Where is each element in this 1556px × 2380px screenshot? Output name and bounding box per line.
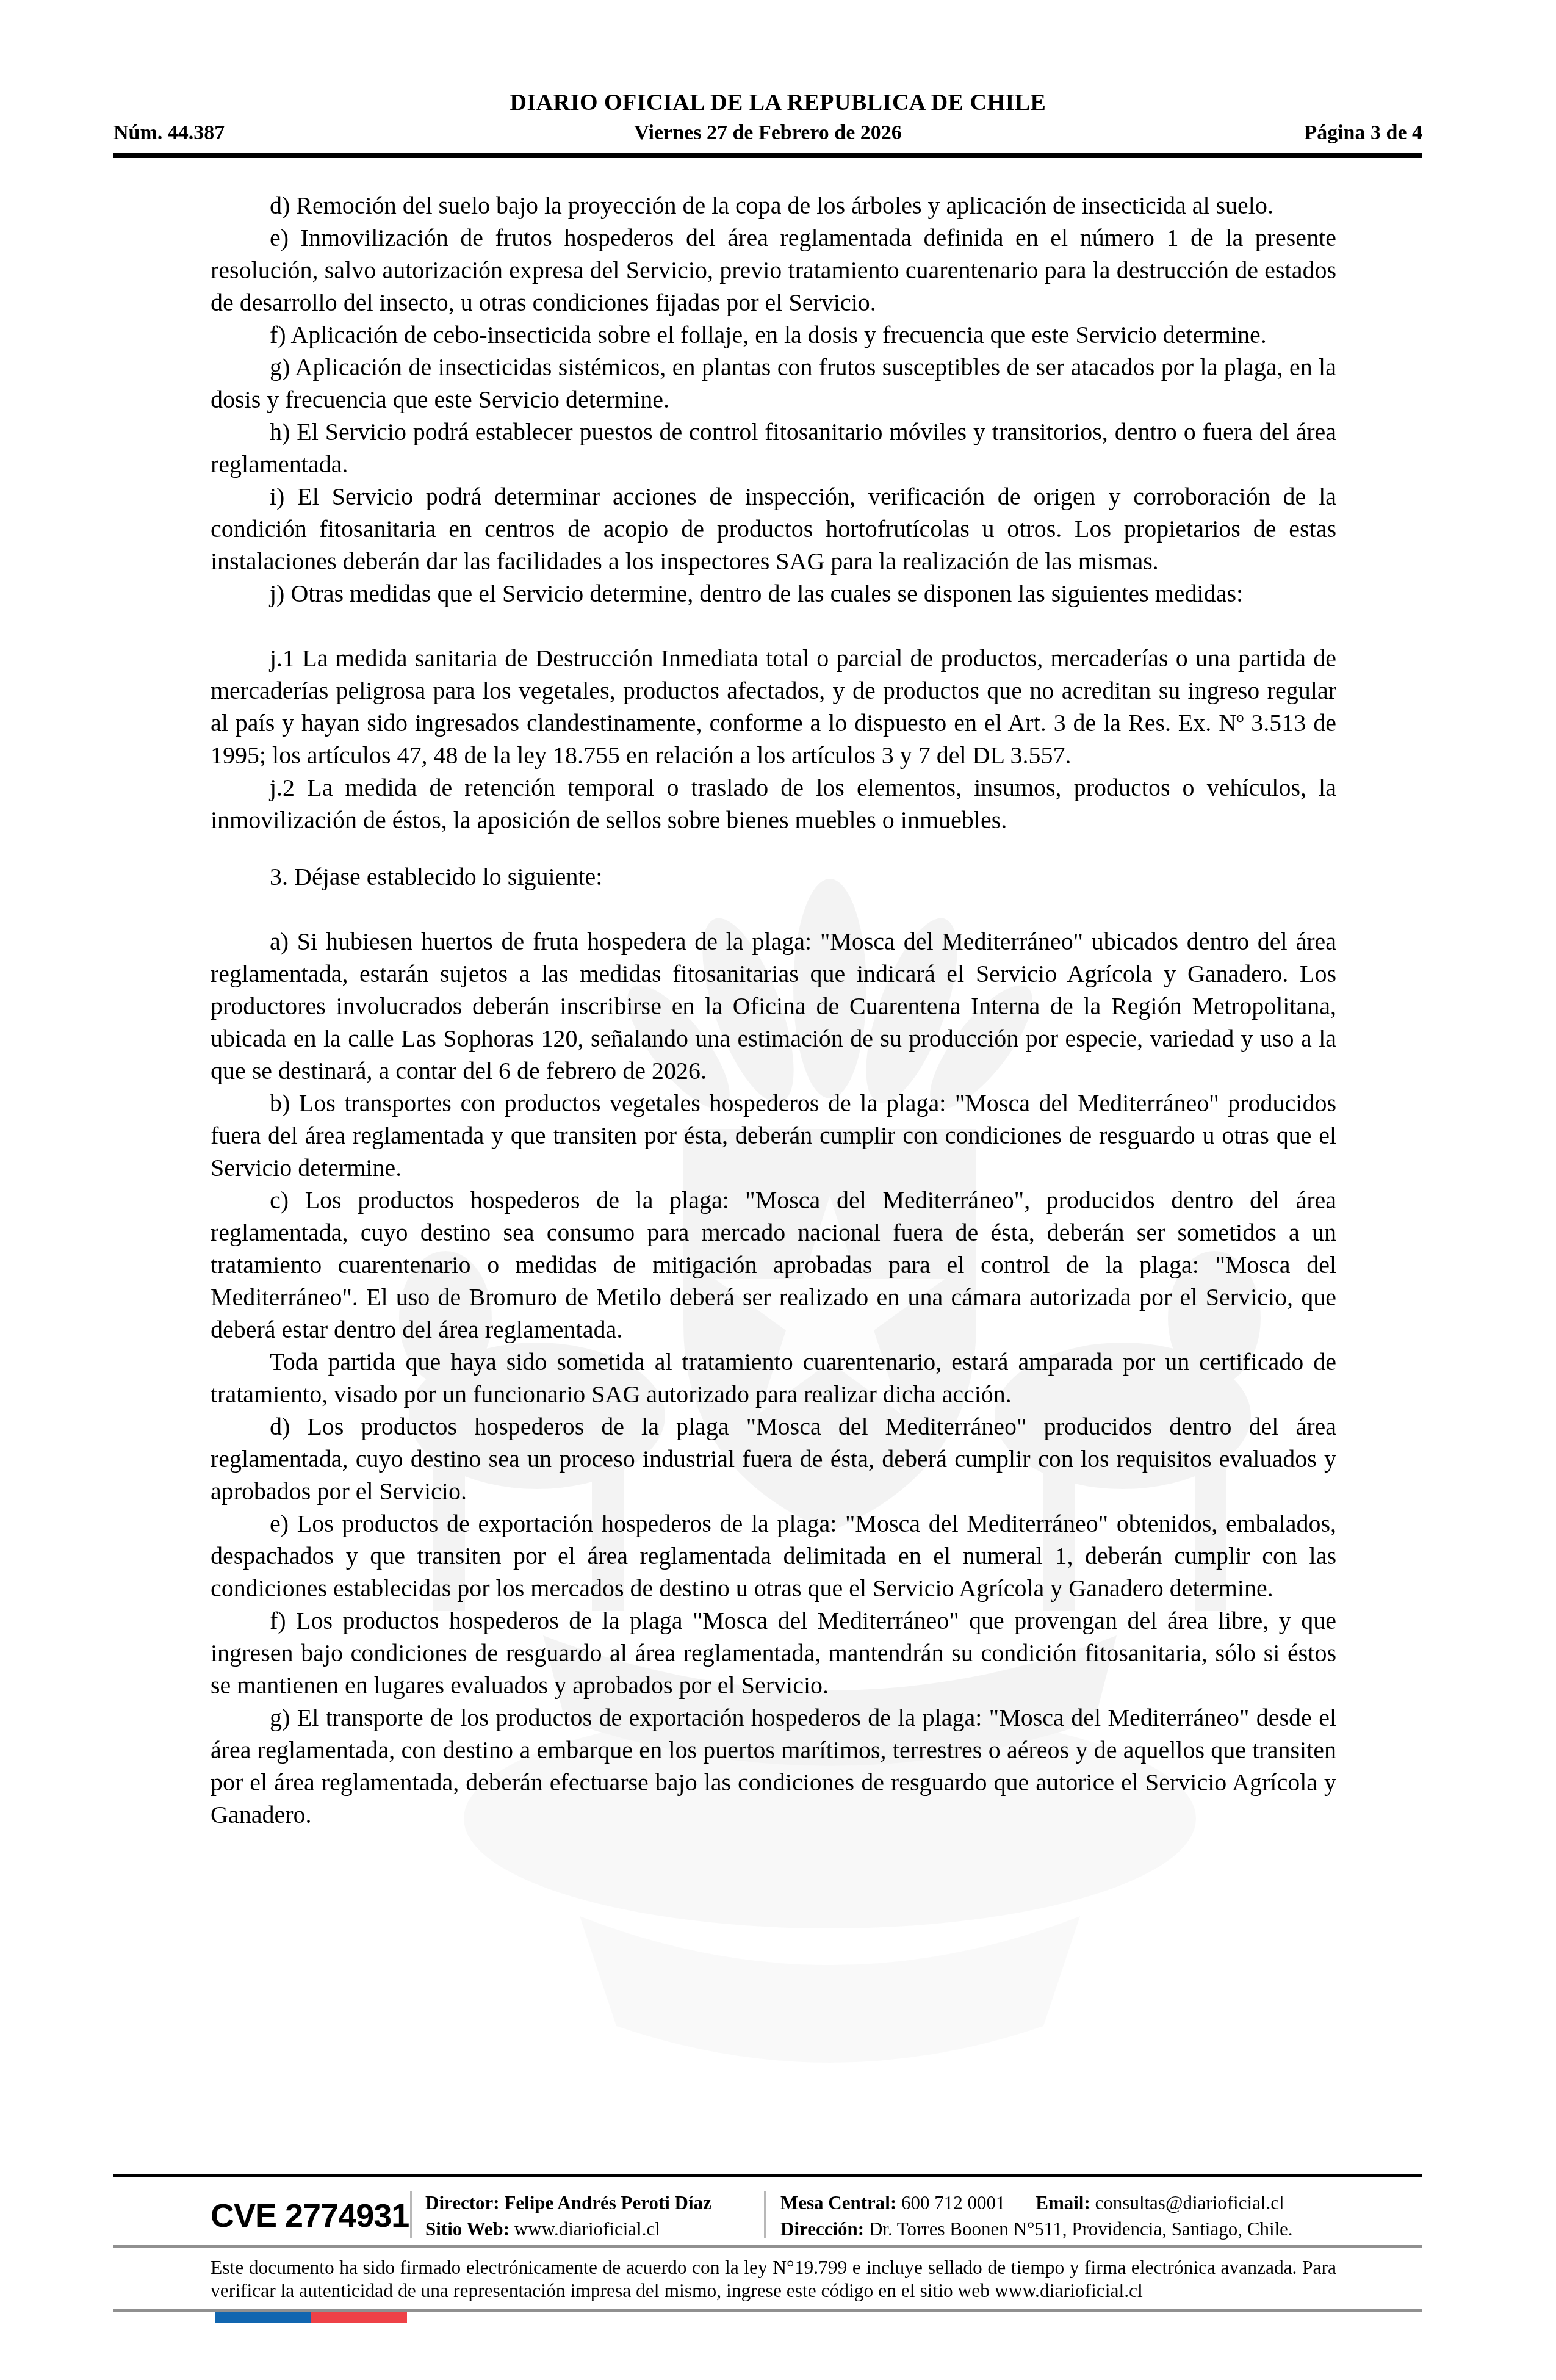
- flag-blue: [215, 2312, 311, 2323]
- address-label: Dirección:: [780, 2218, 864, 2240]
- website-url: www.diarioficial.cl: [514, 2218, 660, 2240]
- paragraph: d) Remoción del suelo bajo la proyección…: [211, 189, 1336, 222]
- edition-date: Viernes 27 de Febrero de 2026: [113, 121, 1422, 145]
- newspaper-title: DIARIO OFICIAL DE LA REPUBLICA DE CHILE: [0, 89, 1556, 116]
- footer-contact-column: Mesa Central: 600 712 0001 Email: consul…: [780, 2190, 1293, 2242]
- paragraph: 3. Déjase establecido lo siguiente:: [211, 860, 1336, 893]
- paragraph: g) El transporte de los productos de exp…: [211, 1701, 1336, 1831]
- email-label: Email:: [1036, 2192, 1090, 2213]
- address-value: Dr. Torres Boonen N°511, Providencia, Sa…: [869, 2218, 1293, 2240]
- paragraph: Toda partida que haya sido sometida al t…: [211, 1346, 1336, 1410]
- paragraph: j.2 La medida de retención temporal o tr…: [211, 771, 1336, 836]
- footer-divider-middle: [113, 2245, 1422, 2248]
- page-indicator: Página 3 de 4: [1304, 121, 1422, 145]
- paragraph: j.1 La medida sanitaria de Destrucción I…: [211, 642, 1336, 771]
- header-divider: [113, 153, 1422, 158]
- footer-director-column: Director: Felipe Andrés Peroti Díaz Siti…: [425, 2190, 711, 2242]
- director-label: Director:: [425, 2192, 500, 2213]
- paragraph: a) Si hubiesen huertos de fruta hospeder…: [211, 925, 1336, 1087]
- paragraph: f) Aplicación de cebo-insecticida sobre …: [211, 319, 1336, 351]
- header-meta-row: Núm. 44.387 Viernes 27 de Febrero de 202…: [113, 121, 1422, 148]
- paragraph: h) El Servicio podrá establecer puestos …: [211, 416, 1336, 480]
- website-label: Sitio Web:: [425, 2218, 510, 2240]
- paragraph: d) Los productos hospederos de la plaga …: [211, 1410, 1336, 1507]
- document-page: DIARIO OFICIAL DE LA REPUBLICA DE CHILE …: [0, 0, 1556, 2380]
- paragraph: g) Aplicación de insecticidas sistémicos…: [211, 351, 1336, 416]
- website-row: Sitio Web: www.diarioficial.cl: [425, 2216, 711, 2242]
- paragraph: b) Los transportes con productos vegetal…: [211, 1087, 1336, 1184]
- legal-notice: Este documento ha sido firmado electróni…: [211, 2256, 1336, 2302]
- phone-label: Mesa Central:: [780, 2192, 896, 2213]
- paragraph: e) Los productos de exportación hospeder…: [211, 1507, 1336, 1604]
- flag-red: [311, 2312, 407, 2323]
- paragraph: i) El Servicio podrá determinar acciones…: [211, 480, 1336, 577]
- email-address: consultas@diarioficial.cl: [1095, 2192, 1284, 2213]
- phone-email-row: Mesa Central: 600 712 0001 Email: consul…: [780, 2190, 1293, 2216]
- director-name: Felipe Andrés Peroti Díaz: [504, 2192, 711, 2213]
- footer-divider-top: [113, 2174, 1422, 2177]
- footer-info-block: CVE 2774931 Director: Felipe Andrés Pero…: [211, 2190, 1336, 2241]
- paragraph: e) Inmovilización de frutos hospederos d…: [211, 222, 1336, 319]
- footer-column-divider: [764, 2191, 766, 2238]
- paragraph: c) Los productos hospederos de la plaga:…: [211, 1184, 1336, 1346]
- document-body: d) Remoción del suelo bajo la proyección…: [211, 189, 1336, 1831]
- footer-column-divider: [410, 2191, 412, 2238]
- phone-number: 600 712 0001: [901, 2192, 1006, 2213]
- cve-code: CVE 2774931: [211, 2197, 409, 2235]
- director-row: Director: Felipe Andrés Peroti Díaz: [425, 2190, 711, 2216]
- paragraph: j) Otras medidas que el Servicio determi…: [211, 577, 1336, 610]
- paragraph: f) Los productos hospederos de la plaga …: [211, 1604, 1336, 1701]
- gobierno-flag-bar: [215, 2312, 407, 2323]
- address-row: Dirección: Dr. Torres Boonen N°511, Prov…: [780, 2216, 1293, 2242]
